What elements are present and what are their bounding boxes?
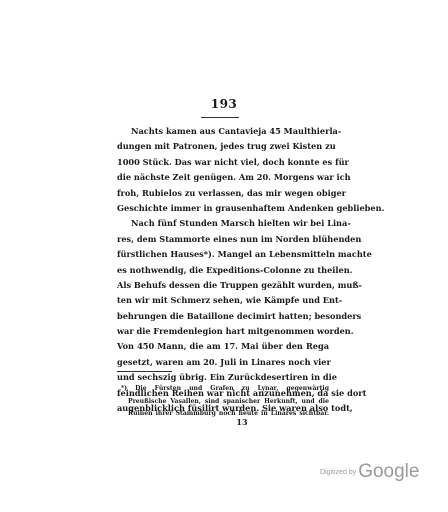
text-line: behrungen die Bataillone decimirt hatten…: [117, 309, 329, 324]
body-text: Nachts kamen aus Cantavieja 45 Maulthier…: [117, 124, 329, 416]
text-line: froh, Rubielos zu verlassen, das mir weg…: [117, 186, 329, 201]
google-watermark: Digitized byGoogle: [320, 461, 419, 483]
text-line: Von 450 Mann, die am 17. Mai über den Re…: [117, 339, 329, 354]
text-line: fürstlichen Hauses*). Mangel an Lebensmi…: [117, 247, 329, 262]
footnote-line: Preußische Vasallen, sind spanischer Her…: [128, 396, 329, 409]
footnote-rule: [117, 371, 172, 372]
text-line: ten wir mit Schmerz sehen, wie Kämpfe un…: [117, 293, 329, 308]
footnote: *) Die Fürsten und Grafen zu Lynar, gege…: [128, 383, 329, 421]
text-line: res, dem Stammorte eines nun im Norden b…: [117, 232, 329, 247]
text-line: es nothwendig, die Expeditions-Colonne z…: [117, 263, 329, 278]
google-logo-text: Google: [358, 461, 419, 482]
footnote-line: *) Die Fürsten und Grafen zu Lynar, gege…: [121, 383, 329, 396]
text-line: dungen mit Patronen, jedes trug zwei Kis…: [117, 139, 329, 154]
text-line: Als Behufs dessen die Truppen gezählt wu…: [117, 278, 329, 293]
text-line: Geschichte immer in grausenhaftem Andenk…: [117, 201, 329, 216]
signature-mark: 13: [0, 417, 448, 427]
page-number: 193: [0, 97, 448, 111]
text-line: 1000 Stück. Das war nicht viel, doch kon…: [117, 155, 329, 170]
text-line: Nach fünf Stunden Marsch hielten wir bei…: [117, 216, 329, 231]
text-line: die nächste Zeit genügen. Am 20. Morgens…: [117, 170, 329, 185]
header-rule: [201, 117, 239, 118]
text-line: Nachts kamen aus Cantavieja 45 Maulthier…: [117, 124, 329, 139]
text-line: war die Fremdenlegion hart mitgenommen w…: [117, 324, 329, 339]
watermark-prefix: Digitized by: [320, 469, 356, 476]
text-line: gesetzt, waren am 20. Juli in Linares no…: [117, 355, 329, 370]
